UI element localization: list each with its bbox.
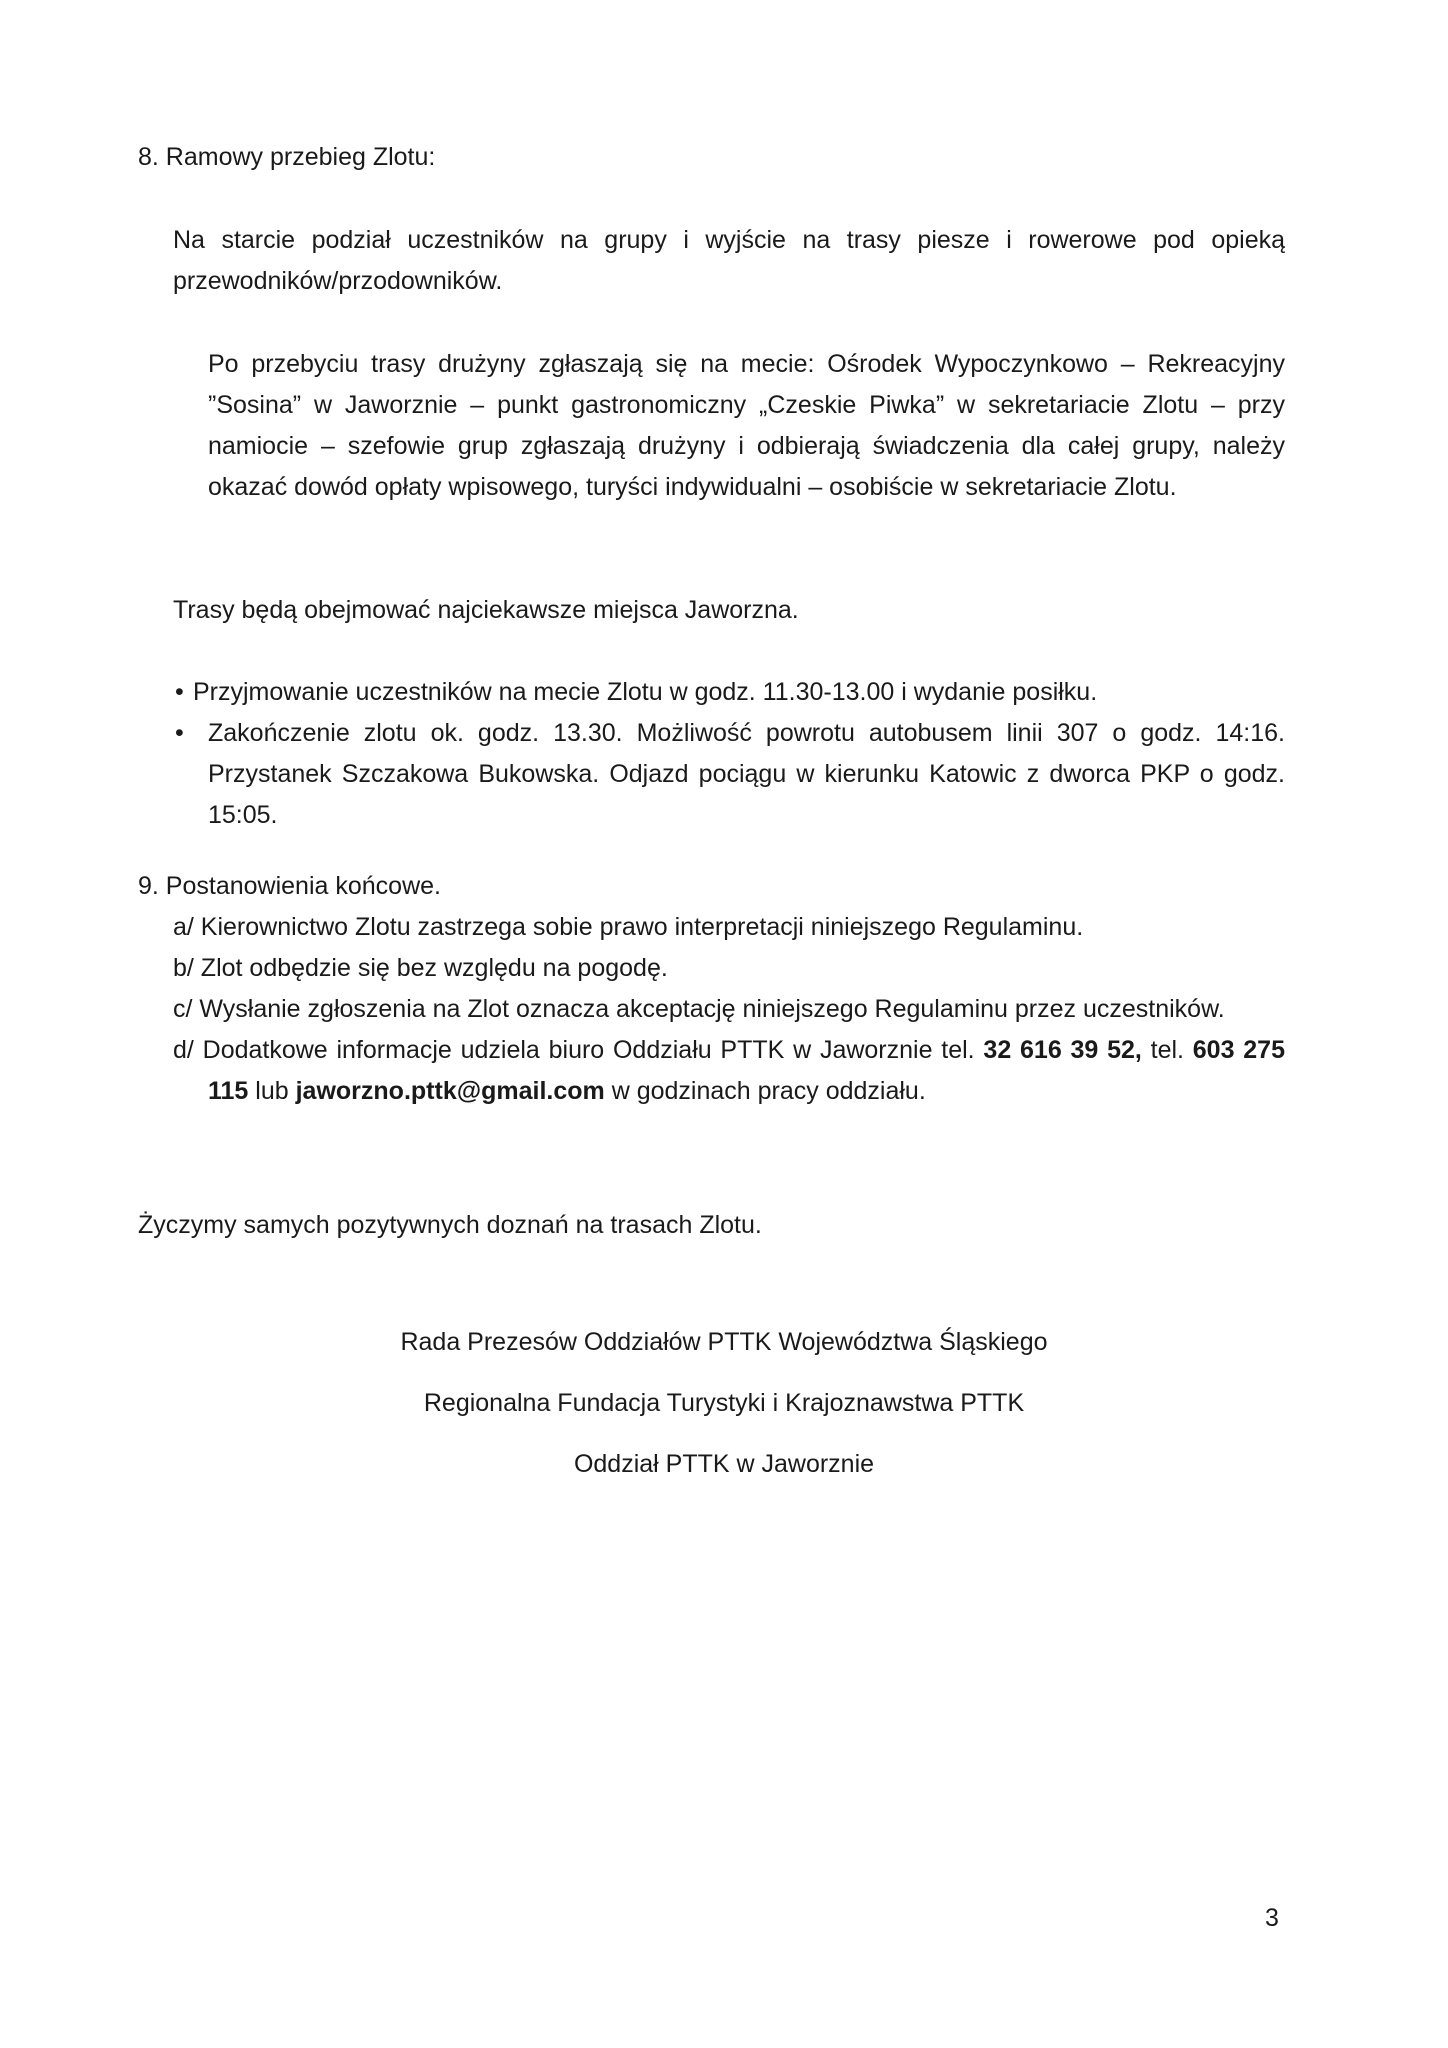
signature-regionalna-fundacja: Regionalna Fundacja Turystyki i Krajozna…	[0, 1383, 1448, 1444]
signature-block: Rada Prezesów Oddziałów PTTK Województwa…	[0, 1322, 1448, 1505]
section-8-routes-paragraph: Trasy będą obejmować najciekawsze miejsc…	[173, 590, 799, 631]
provision-item-c: c/ Wysłanie zgłoszenia na Zlot oznacza a…	[173, 989, 1285, 1030]
bullet-icon: •	[175, 713, 184, 754]
provision-item-b: b/ Zlot odbędzie się bez względu na pogo…	[173, 948, 1285, 989]
contact-mid-2: lub	[248, 1077, 295, 1105]
contact-prefix: d/ Dodatkowe informacje udziela biuro Od…	[173, 1036, 983, 1064]
closing-wish: Życzymy samych pozytywnych doznań na tra…	[138, 1205, 762, 1246]
bullet-icon: •	[175, 672, 184, 713]
signature-rada-prezesow: Rada Prezesów Oddziałów PTTK Województwa…	[0, 1322, 1448, 1383]
document-page: 8. Ramowy przebieg Zlotu: Na starcie pod…	[0, 0, 1448, 2048]
section-8-intro-paragraph: Na starcie podział uczestników na grupy …	[173, 220, 1285, 302]
bullet-item-ending: • Zakończenie zlotu ok. godz. 13.30. Moż…	[173, 713, 1285, 836]
contact-mid-1: tel.	[1142, 1036, 1193, 1064]
section-8-bullet-list: • Przyjmowanie uczestników na mecie Zlot…	[173, 672, 1285, 836]
provision-item-d-contact: d/ Dodatkowe informacje udziela biuro Od…	[173, 1030, 1285, 1112]
contact-suffix: w godzinach pracy oddziału.	[605, 1077, 926, 1105]
bullet-text: Przyjmowanie uczestników na mecie Zlotu …	[193, 678, 1097, 706]
signature-oddzial-jaworzno: Oddział PTTK w Jaworznie	[0, 1444, 1448, 1505]
section-9-list: a/ Kierownictwo Zlotu zastrzega sobie pr…	[173, 907, 1285, 1112]
section-8-heading: 8. Ramowy przebieg Zlotu:	[138, 137, 435, 178]
bullet-item-arrival: • Przyjmowanie uczestników na mecie Zlot…	[173, 672, 1285, 713]
bullet-text: Zakończenie zlotu ok. godz. 13.30. Możli…	[208, 719, 1285, 829]
page-number: 3	[1265, 1898, 1279, 1939]
contact-phone-office: 32 616 39 52,	[983, 1036, 1141, 1064]
contact-email: jaworzno.pttk@gmail.com	[296, 1077, 605, 1105]
provision-item-a: a/ Kierownictwo Zlotu zastrzega sobie pr…	[173, 907, 1285, 948]
section-8-finish-paragraph: Po przebyciu trasy drużyny zgłaszają się…	[208, 344, 1285, 508]
section-9-heading: 9. Postanowienia końcowe.	[138, 866, 441, 907]
